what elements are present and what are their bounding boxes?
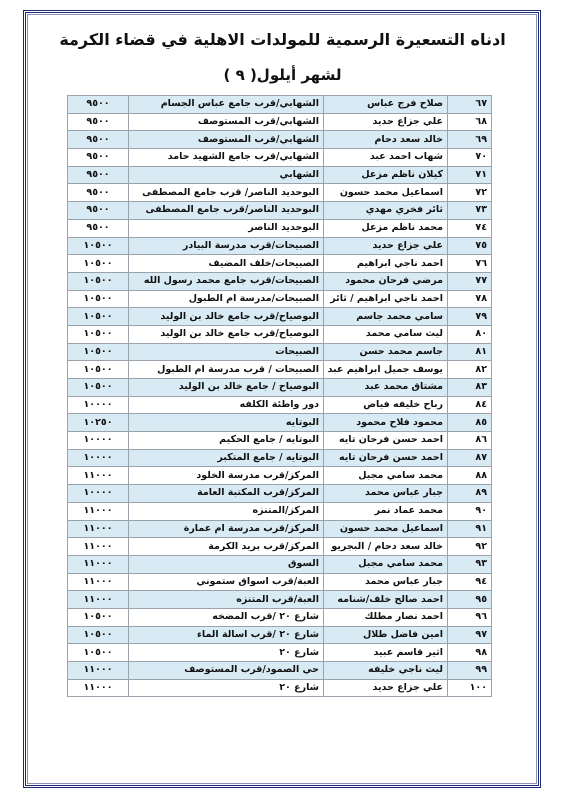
price-cell: ١٠٠٠٠ [68, 396, 129, 414]
table-row: ٩٧امين فاضل طلالشارع ٢٠ /قرب اسالة الماء… [68, 626, 492, 644]
row-number-cell: ٧٨ [448, 290, 492, 308]
row-number-cell: ٩٤ [448, 573, 492, 591]
price-cell: ٩٥٠٠ [68, 219, 129, 237]
table-row: ٨٨محمد سامي مجبلالمركز/قرب مدرسة الخلود١… [68, 467, 492, 485]
table-row: ١٠٠علي جزاع حديدشارع ٢٠١١٠٠٠ [68, 679, 492, 697]
location-cell: شارع ٢٠ /قرب المضخه [129, 608, 324, 626]
location-cell: الصبيحات/مدرسة ام الطبول [129, 290, 324, 308]
price-cell: ١١٠٠٠ [68, 538, 129, 556]
row-number-cell: ٦٨ [448, 113, 492, 131]
row-number-cell: ٨٥ [448, 414, 492, 432]
location-cell: العبة/قرب اسواق ستموني [129, 573, 324, 591]
price-cell: ١٠٥٠٠ [68, 325, 129, 343]
row-number-cell: ٨٨ [448, 467, 492, 485]
table-row: ٩٥احمد صالح خلف/شنامهالعبة/قرب المتنزه١١… [68, 591, 492, 609]
table-row: ٧٤محمد ناظم مزعلالبوحديد الناصر٩٥٠٠ [68, 219, 492, 237]
row-number-cell: ٩٣ [448, 555, 492, 573]
table-row: ٩٨اثير قاسم عبيدشارع ٢٠١٠٥٠٠ [68, 644, 492, 662]
owner-name-cell: علي جزاع حديد [324, 679, 448, 697]
owner-name-cell: ثائر فخري مهدي [324, 202, 448, 220]
owner-name-cell: محمد سامي مجبل [324, 467, 448, 485]
price-cell: ١٠٥٠٠ [68, 255, 129, 273]
row-number-cell: ٩٠ [448, 502, 492, 520]
table-row: ٨٩جبار عباس محمدالمركز/قرب المكتبة العام… [68, 485, 492, 503]
table-row: ٩٩ليث ناجي خليفهحي الصمود/قرب المستوصف١١… [68, 662, 492, 680]
price-cell: ١٠٢٥٠ [68, 414, 129, 432]
price-cell: ١٠٥٠٠ [68, 608, 129, 626]
price-cell: ١٠٥٠٠ [68, 343, 129, 361]
table-row: ٦٩خالد سعد دحامالشهابي/قرب المستوصف٩٥٠٠ [68, 131, 492, 149]
location-cell: المركز/المتنزه [129, 502, 324, 520]
row-number-cell: ٨٩ [448, 485, 492, 503]
price-cell: ٩٥٠٠ [68, 113, 129, 131]
table-row: ٨١جاسم محمد حسنالصبيحات١٠٥٠٠ [68, 343, 492, 361]
owner-name-cell: امين فاضل طلال [324, 626, 448, 644]
row-number-cell: ٩٢ [448, 538, 492, 556]
row-number-cell: ٧٩ [448, 308, 492, 326]
price-cell: ١١٠٠٠ [68, 679, 129, 697]
owner-name-cell: يوسف جميل ابراهيم عبد [324, 361, 448, 379]
owner-name-cell: احمد ناجي ابراهيم [324, 255, 448, 273]
price-cell: ١٠٥٠٠ [68, 644, 129, 662]
document-subtitle: لشهر أيلول( ٩ ) [0, 66, 565, 84]
table-row: ٧٦احمد ناجي ابراهيمالصبيحات/خلف المضيف١٠… [68, 255, 492, 273]
owner-name-cell: مرضي فرحان محمود [324, 272, 448, 290]
table-row: ٨٤رباح خليفه فياضدور واطئة الكلفه١٠٠٠٠ [68, 396, 492, 414]
location-cell: البوحديد الناصر/قرب جامع المصطفى [129, 202, 324, 220]
owner-name-cell: جبار عباس محمد [324, 573, 448, 591]
price-cell: ١٠٠٠٠ [68, 485, 129, 503]
location-cell: الشهابي/قرب جامع الشهيد حامد [129, 149, 324, 167]
price-cell: ١٠٥٠٠ [68, 626, 129, 644]
price-cell: ٩٥٠٠ [68, 166, 129, 184]
table-row: ٨٠ليث سامي محمدالبوصياح/قرب جامع خالد بن… [68, 325, 492, 343]
row-number-cell: ٧٠ [448, 149, 492, 167]
price-cell: ١٠٥٠٠ [68, 290, 129, 308]
price-cell: ١١٠٠٠ [68, 591, 129, 609]
row-number-cell: ٨٢ [448, 361, 492, 379]
price-cell: ١٠٥٠٠ [68, 308, 129, 326]
table-row: ٧٢اسماعيل محمد حسونالبوحديد الناصر/ قرب … [68, 184, 492, 202]
owner-name-cell: اسماعيل محمد حسون [324, 520, 448, 538]
price-cell: ٩٥٠٠ [68, 202, 129, 220]
table-row: ٧٨احمد ناجي ابراهيم / ثائرالصبيحات/مدرسة… [68, 290, 492, 308]
location-cell: الصبيحات/خلف المضيف [129, 255, 324, 273]
row-number-cell: ٩٥ [448, 591, 492, 609]
table-row: ٧٩سامي محمد جاسمالبوصياح/قرب جامع خالد ب… [68, 308, 492, 326]
owner-name-cell: احمد نصار مطلك [324, 608, 448, 626]
row-number-cell: ٨٣ [448, 379, 492, 397]
table-row: ٩٦احمد نصار مطلكشارع ٢٠ /قرب المضخه١٠٥٠٠ [68, 608, 492, 626]
owner-name-cell: مشتاق محمد عبد [324, 379, 448, 397]
row-number-cell: ٩٩ [448, 662, 492, 680]
table-row: ٩١اسماعيل محمد حسونالمركز/قرب مدرسة ام ع… [68, 520, 492, 538]
table-row: ٨٧احمد حسن فرحان تايهالبوتايه / جامع الم… [68, 449, 492, 467]
owner-name-cell: احمد صالح خلف/شنامه [324, 591, 448, 609]
row-number-cell: ٨٦ [448, 432, 492, 450]
owner-name-cell: محمد سامي مجبل [324, 555, 448, 573]
owner-name-cell: ليث ناجي خليفه [324, 662, 448, 680]
generator-price-table: ٦٧صلاح فرج عباسالشهابي/قرب جامع عباس الج… [67, 95, 492, 697]
location-cell: البوصياح / جامع خالد بن الوليد [129, 379, 324, 397]
row-number-cell: ٩١ [448, 520, 492, 538]
price-cell: ١١٠٠٠ [68, 502, 129, 520]
document-title: ادناه التسعيرة الرسمية للمولدات الاهلية … [0, 30, 565, 49]
location-cell: الصبيحات / قرب مدرسة ام الطبول [129, 361, 324, 379]
table-row: ٧٧مرضي فرحان محمودالصبيحات/قرب جامع محمد… [68, 272, 492, 290]
location-cell: البوحديد الناصر [129, 219, 324, 237]
location-cell: الصبيحات/قرب جامع محمد رسول الله [129, 272, 324, 290]
table-row: ٨٦احمد حسن فرحان تايهالبوتايه / جامع الح… [68, 432, 492, 450]
row-number-cell: ٦٩ [448, 131, 492, 149]
location-cell: الشهابي/قرب المستوصف [129, 131, 324, 149]
row-number-cell: ٧٢ [448, 184, 492, 202]
owner-name-cell: شهاب احمد عبد [324, 149, 448, 167]
price-cell: ١٠٥٠٠ [68, 237, 129, 255]
table-row: ٩٣محمد سامي مجبلالسوق١١٠٠٠ [68, 555, 492, 573]
price-cell: ١١٠٠٠ [68, 662, 129, 680]
owner-name-cell: خالد سعد دحام [324, 131, 448, 149]
owner-name-cell: كيلان ناظم مزعل [324, 166, 448, 184]
table-row: ٧٠شهاب احمد عبدالشهابي/قرب جامع الشهيد ح… [68, 149, 492, 167]
owner-name-cell: احمد ناجي ابراهيم / ثائر [324, 290, 448, 308]
owner-name-cell: محمود فلاح محمود [324, 414, 448, 432]
location-cell: البوتايه / جامع المتكبر [129, 449, 324, 467]
table-row: ٧١كيلان ناظم مزعلالشهابي٩٥٠٠ [68, 166, 492, 184]
owner-name-cell: علي جزاع حديد [324, 113, 448, 131]
owner-name-cell: محمد ناظم مزعل [324, 219, 448, 237]
price-cell: ١١٠٠٠ [68, 555, 129, 573]
table-row: ٧٣ثائر فخري مهديالبوحديد الناصر/قرب جامع… [68, 202, 492, 220]
row-number-cell: ٩٧ [448, 626, 492, 644]
price-cell: ١١٠٠٠ [68, 573, 129, 591]
owner-name-cell: اسماعيل محمد حسون [324, 184, 448, 202]
location-cell: شارع ٢٠ [129, 644, 324, 662]
price-cell: ٩٥٠٠ [68, 96, 129, 114]
owner-name-cell: احمد حسن فرحان تايه [324, 449, 448, 467]
location-cell: المركز/قرب بريد الكرمة [129, 538, 324, 556]
table-body: ٦٧صلاح فرج عباسالشهابي/قرب جامع عباس الج… [68, 96, 492, 697]
price-cell: ١٠٥٠٠ [68, 272, 129, 290]
price-cell: ١١٠٠٠ [68, 467, 129, 485]
table-row: ٩٠محمد عماد نمرالمركز/المتنزه١١٠٠٠ [68, 502, 492, 520]
owner-name-cell: اثير قاسم عبيد [324, 644, 448, 662]
location-cell: البوتايه [129, 414, 324, 432]
location-cell: حي الصمود/قرب المستوصف [129, 662, 324, 680]
location-cell: المركز/قرب مدرسة ام عمارة [129, 520, 324, 538]
row-number-cell: ٨٧ [448, 449, 492, 467]
owner-name-cell: علي جزاع حديد [324, 237, 448, 255]
table-row: ٩٤جبار عباس محمدالعبة/قرب اسواق ستموني١١… [68, 573, 492, 591]
owner-name-cell: رباح خليفه فياض [324, 396, 448, 414]
location-cell: شارع ٢٠ /قرب اسالة الماء [129, 626, 324, 644]
owner-name-cell: جاسم محمد حسن [324, 343, 448, 361]
row-number-cell: ٩٨ [448, 644, 492, 662]
price-cell: ١٠٥٠٠ [68, 379, 129, 397]
price-cell: ٩٥٠٠ [68, 131, 129, 149]
location-cell: البوصياح/قرب جامع خالد بن الوليد [129, 325, 324, 343]
price-cell: ١٠٠٠٠ [68, 449, 129, 467]
row-number-cell: ٧١ [448, 166, 492, 184]
location-cell: العبة/قرب المتنزه [129, 591, 324, 609]
owner-name-cell: خالد سعد دحام / البجريو [324, 538, 448, 556]
location-cell: الصبيحات/قرب مدرسة البيادر [129, 237, 324, 255]
owner-name-cell: احمد حسن فرحان تايه [324, 432, 448, 450]
location-cell: السوق [129, 555, 324, 573]
table-row: ٦٨علي جزاع حديدالشهابي/قرب المستوصف٩٥٠٠ [68, 113, 492, 131]
table-row: ٦٧صلاح فرج عباسالشهابي/قرب جامع عباس الج… [68, 96, 492, 114]
price-cell: ١١٠٠٠ [68, 520, 129, 538]
row-number-cell: ١٠٠ [448, 679, 492, 697]
location-cell: دور واطئة الكلفه [129, 396, 324, 414]
row-number-cell: ٧٤ [448, 219, 492, 237]
row-number-cell: ٧٦ [448, 255, 492, 273]
price-cell: ٩٥٠٠ [68, 149, 129, 167]
owner-name-cell: ليث سامي محمد [324, 325, 448, 343]
owner-name-cell: محمد عماد نمر [324, 502, 448, 520]
table-row: ٩٢خالد سعد دحام / البجريوالمركز/قرب بريد… [68, 538, 492, 556]
location-cell: البوصياح/قرب جامع خالد بن الوليد [129, 308, 324, 326]
location-cell: شارع ٢٠ [129, 679, 324, 697]
price-cell: ١٠٠٠٠ [68, 432, 129, 450]
location-cell: البوحديد الناصر/ قرب جامع المصطفى [129, 184, 324, 202]
row-number-cell: ٦٧ [448, 96, 492, 114]
location-cell: الشهابي/قرب المستوصف [129, 113, 324, 131]
location-cell: البوتايه / جامع الحكيم [129, 432, 324, 450]
row-number-cell: ٧٧ [448, 272, 492, 290]
table-row: ٨٣مشتاق محمد عبدالبوصياح / جامع خالد بن … [68, 379, 492, 397]
location-cell: الصبيحات [129, 343, 324, 361]
location-cell: المركز/قرب المكتبة العامة [129, 485, 324, 503]
row-number-cell: ٨١ [448, 343, 492, 361]
owner-name-cell: جبار عباس محمد [324, 485, 448, 503]
price-cell: ١٠٥٠٠ [68, 361, 129, 379]
location-cell: الشهابي/قرب جامع عباس الجسام [129, 96, 324, 114]
table-row: ٨٢يوسف جميل ابراهيم عبدالصبيحات / قرب مد… [68, 361, 492, 379]
location-cell: الشهابي [129, 166, 324, 184]
row-number-cell: ٨٤ [448, 396, 492, 414]
owner-name-cell: صلاح فرج عباس [324, 96, 448, 114]
row-number-cell: ٧٥ [448, 237, 492, 255]
row-number-cell: ٨٠ [448, 325, 492, 343]
location-cell: المركز/قرب مدرسة الخلود [129, 467, 324, 485]
price-cell: ٩٥٠٠ [68, 184, 129, 202]
table-row: ٨٥محمود فلاح محمودالبوتايه١٠٢٥٠ [68, 414, 492, 432]
table-row: ٧٥علي جزاع حديدالصبيحات/قرب مدرسة البياد… [68, 237, 492, 255]
row-number-cell: ٧٣ [448, 202, 492, 220]
owner-name-cell: سامي محمد جاسم [324, 308, 448, 326]
row-number-cell: ٩٦ [448, 608, 492, 626]
